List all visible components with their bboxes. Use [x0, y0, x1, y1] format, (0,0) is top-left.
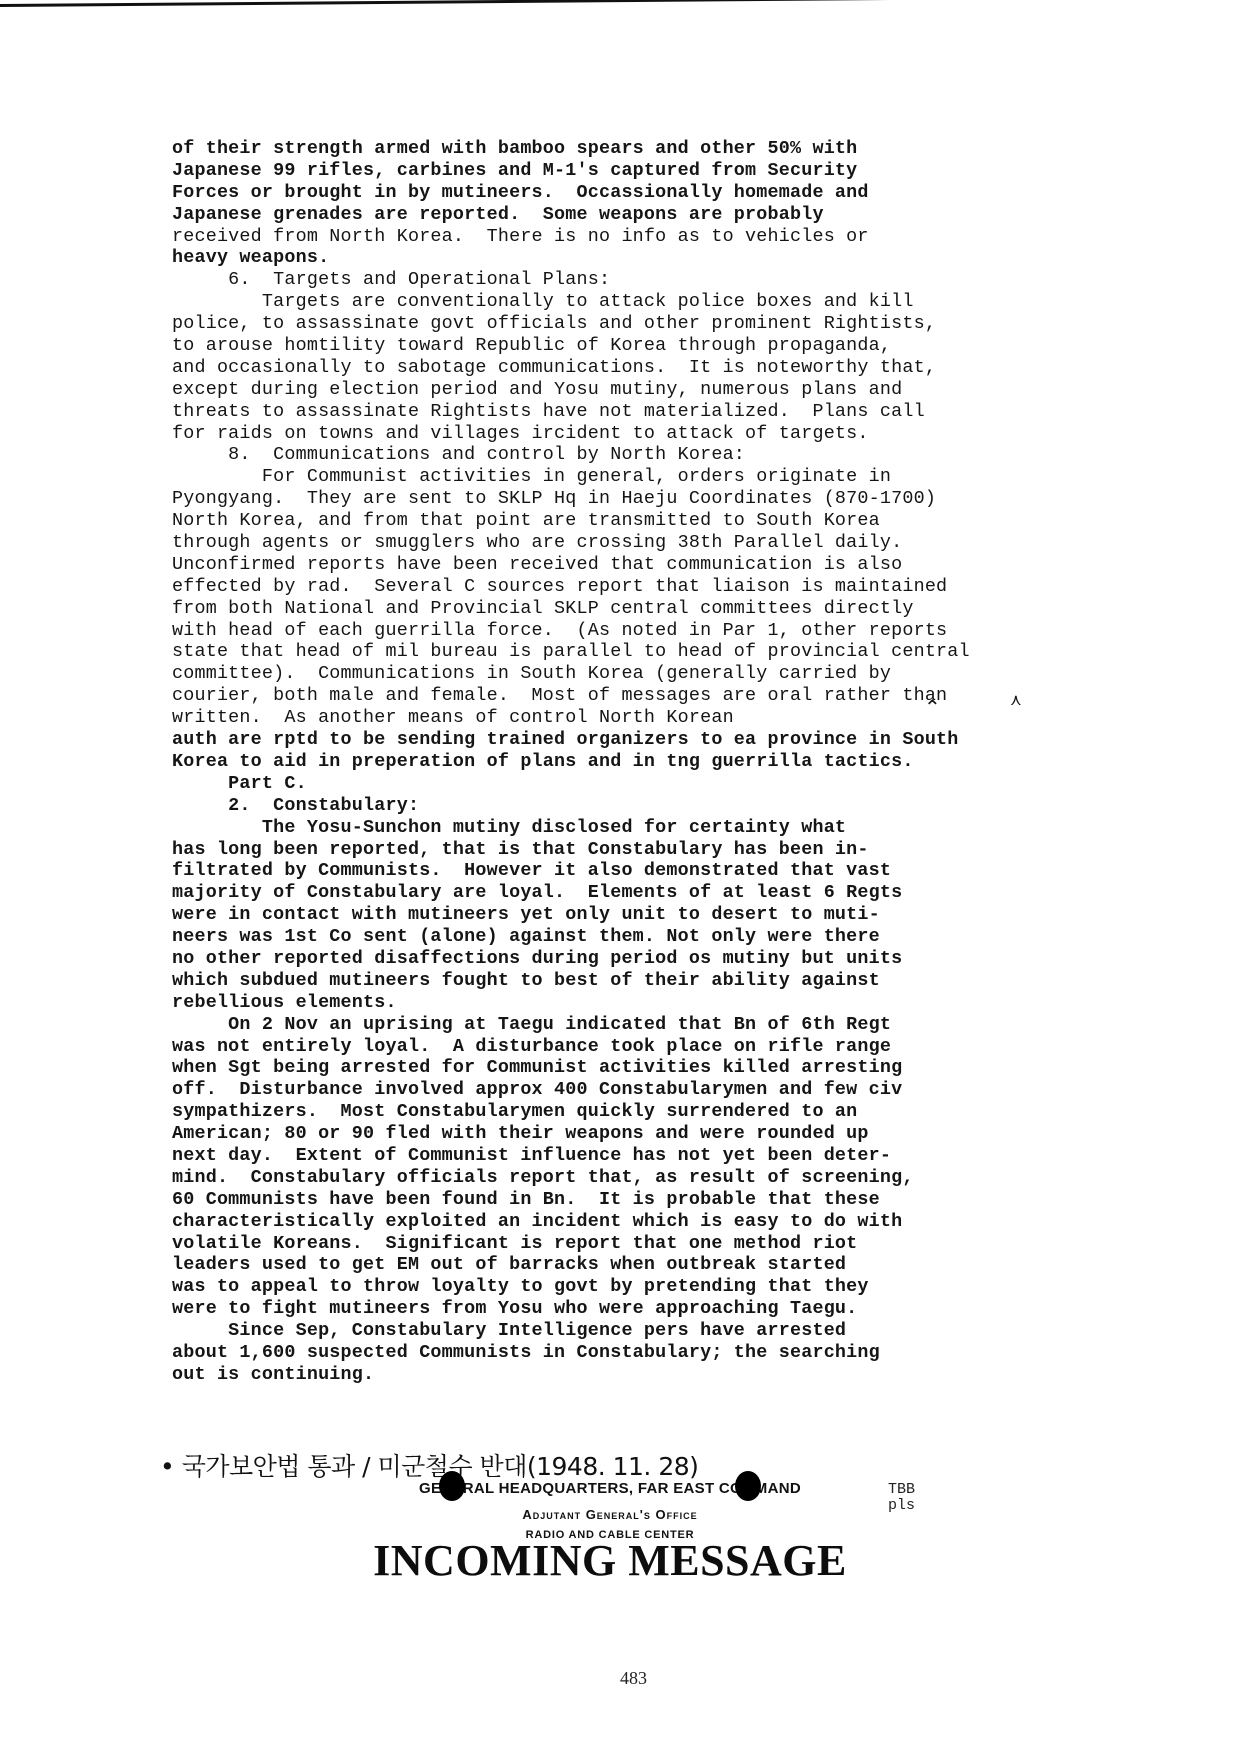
body-line: has long been reported, that is that Con… [172, 839, 1082, 861]
body-line: 60 Communists have been found in Bn. It … [172, 1189, 1082, 1211]
body-line: Targets are conventionally to attack pol… [172, 291, 1082, 313]
body-line: were in contact with mutineers yet only … [172, 904, 1082, 926]
body-line: off. Disturbance involved approx 400 Con… [172, 1079, 1082, 1101]
body-line: heavy weapons. [172, 247, 1082, 269]
body-line: from both National and Provincial SKLP c… [172, 598, 1082, 620]
body-line: For Communist activities in general, ord… [172, 466, 1082, 488]
body-line: Since Sep, Constabulary Intelligence per… [172, 1320, 1082, 1342]
body-line: Japanese grenades are reported. Some wea… [172, 204, 1082, 226]
body-line: 8. Communications and control by North K… [172, 444, 1082, 466]
body-line: committee). Communications in South Kore… [172, 663, 1082, 685]
body-line: Korea to aid in preperation of plans and… [172, 751, 1082, 773]
body-line: was not entirely loyal. A disturbance to… [172, 1036, 1082, 1058]
body-line: about 1,600 suspected Communists in Cons… [172, 1342, 1082, 1364]
body-line: neers was 1st Co sent (alone) against th… [172, 926, 1082, 948]
body-line: The Yosu-Sunchon mutiny disclosed for ce… [172, 817, 1082, 839]
body-line: On 2 Nov an uprising at Taegu indicated … [172, 1014, 1082, 1036]
body-line: mind. Constabulary officials report that… [172, 1167, 1082, 1189]
body-line: through agents or smugglers who are cros… [172, 532, 1082, 554]
letterhead-line2: Adjutant General's Office [300, 1507, 920, 1522]
page-number: 483 [620, 1668, 647, 1689]
ink-blot [735, 1471, 761, 1501]
body-line: received from North Korea. There is no i… [172, 226, 1082, 248]
letterhead: GENERAL HEADQUARTERS, FAR EAST COMMAND A… [300, 1480, 920, 1585]
body-line: written. As another means of control Nor… [172, 707, 1082, 729]
korean-caption: • 국가보안법 통과 / 미군철수 반대(1948. 11. 28) [160, 1447, 698, 1483]
letterhead-title: INCOMING MESSAGE [300, 1537, 920, 1585]
body-line: when Sgt being arrested for Communist ac… [172, 1057, 1082, 1079]
body-line: rebellious elements. [172, 992, 1082, 1014]
handwritten-initials: TBB pls [888, 1482, 915, 1514]
ink-blot [439, 1471, 465, 1501]
body-line: 6. Targets and Operational Plans: [172, 269, 1082, 291]
body-line: leaders used to get EM out of barracks w… [172, 1254, 1082, 1276]
body-line: no other reported disaffections during p… [172, 948, 1082, 970]
body-line: and occasionally to sabotage communicati… [172, 357, 1082, 379]
body-line: for raids on towns and villages ircident… [172, 423, 1082, 445]
body-line: threats to assassinate Rightists have no… [172, 401, 1082, 423]
body-line: auth are rptd to be sending trained orga… [172, 729, 1082, 751]
body-line: sympathizers. Most Constabularymen quick… [172, 1101, 1082, 1123]
body-line: volatile Koreans. Significant is report … [172, 1233, 1082, 1255]
body-line: which subdued mutineers fought to best o… [172, 970, 1082, 992]
body-line: majority of Constabulary are loyal. Elem… [172, 882, 1082, 904]
scan-edge-rule [0, 0, 1090, 7]
body-line: Pyongyang. They are sent to SKLP Hq in H… [172, 488, 1082, 510]
body-line: of their strength armed with bamboo spea… [172, 138, 1082, 160]
body-line: Japanese 99 rifles, carbines and M-1's c… [172, 160, 1082, 182]
body-line: except during election period and Yosu m… [172, 379, 1082, 401]
body-line: North Korea, and from that point are tra… [172, 510, 1082, 532]
body-line: courier, both male and female. Most of m… [172, 685, 1082, 707]
body-line: was to appeal to throw loyalty to govt b… [172, 1276, 1082, 1298]
body-line: 2. Constabulary: [172, 795, 1082, 817]
handwritten-caret-mark: ⌃ [924, 695, 941, 719]
body-line: effected by rad. Several C sources repor… [172, 576, 1082, 598]
body-line: state that head of mil bureau is paralle… [172, 641, 1082, 663]
body-line: Part C. [172, 773, 1082, 795]
body-line: were to fight mutineers from Yosu who we… [172, 1298, 1082, 1320]
body-line: out is continuing. [172, 1364, 1082, 1386]
body-line: American; 80 or 90 fled with their weapo… [172, 1123, 1082, 1145]
body-line: Unconfirmed reports have been received t… [172, 554, 1082, 576]
message-body: of their strength armed with bamboo spea… [172, 138, 1082, 1386]
body-line: next day. Extent of Communist influence … [172, 1145, 1082, 1167]
body-line: characteristically exploited an incident… [172, 1211, 1082, 1233]
body-line: Forces or brought in by mutineers. Occas… [172, 182, 1082, 204]
body-line: with head of each guerrilla force. (As n… [172, 620, 1082, 642]
body-line: to arouse homtility toward Republic of K… [172, 335, 1082, 357]
body-line: police, to assassinate govt officials an… [172, 313, 1082, 335]
handwritten-caret-mark: ⋏ [1010, 690, 1022, 709]
letterhead-line1: GENERAL HEADQUARTERS, FAR EAST COMMAND [419, 1480, 801, 1497]
body-line: filtrated by Communists. However it also… [172, 860, 1082, 882]
